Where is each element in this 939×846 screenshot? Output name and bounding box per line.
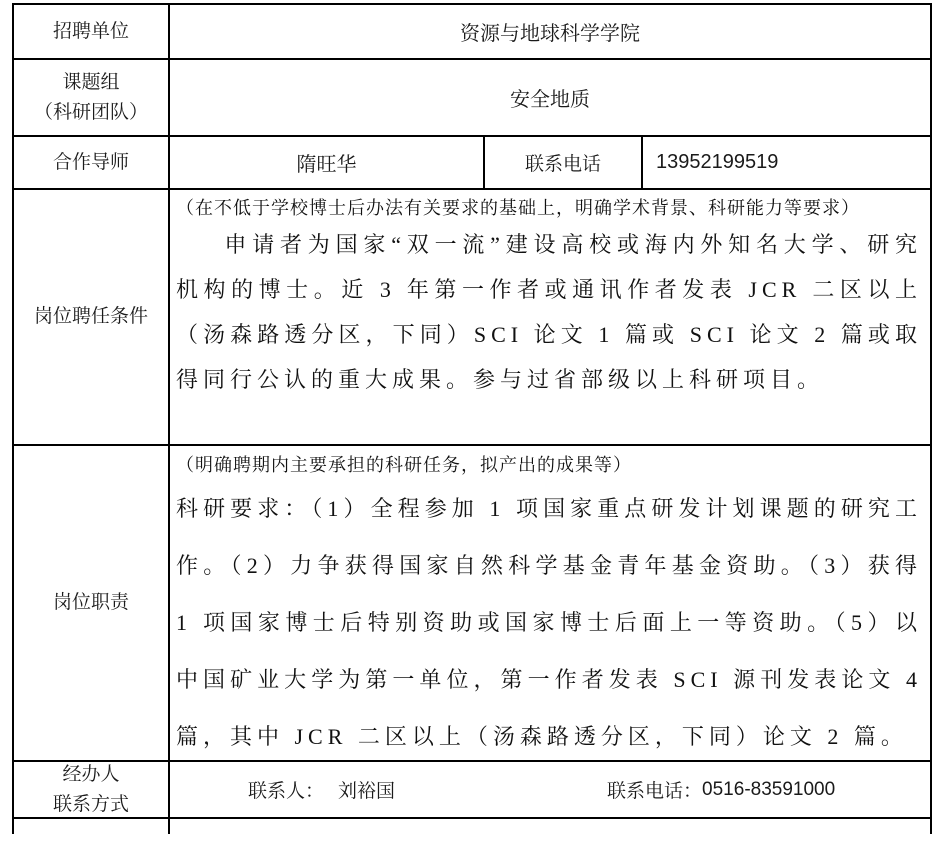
recruitment-form-table: 招聘单位 资源与地球科学学院 课题组 （科研团队） 安全地质 合作导师 隋旺华 …	[12, 3, 932, 834]
row-duties: 岗位职责 （明确聘期内主要承担的科研任务，拟产出的成果等） 科研要求：（1）全程…	[14, 444, 930, 760]
mentor-label: 合作导师	[14, 137, 170, 188]
handler-phone-value: 0516-83591000	[702, 779, 835, 801]
conditions-hint: （在不低于学校博士后办法有关要求的基础上，明确学术背景、科研能力等要求）	[176, 194, 922, 222]
handler-label: 经办人 联系方式	[14, 762, 170, 817]
research-team-value: 安全地质	[170, 60, 930, 135]
handler-phone-label: 联系电话：	[607, 776, 702, 803]
mentor-phone-label: 联系电话	[485, 137, 643, 188]
recruiting-unit-value: 资源与地球科学学院	[170, 5, 930, 58]
duties-body: 科研要求：（1）全程参加 1 项国家重点研发计划课题的研究工作。（2）力争获得国…	[176, 480, 922, 760]
handler-contact-cell: 联系人： 刘裕国 联系电话： 0516-83591000	[170, 762, 930, 817]
next-row-label-cell	[14, 819, 170, 834]
conditions-label: 岗位聘任条件	[14, 190, 170, 444]
next-row-content-cell	[170, 819, 930, 834]
page: 招聘单位 资源与地球科学学院 课题组 （科研团队） 安全地质 合作导师 隋旺华 …	[0, 0, 939, 846]
conditions-body: 申请者为国家“双一流”建设高校或海内外知名大学、研究机构的博士。近 3 年第一作…	[176, 222, 922, 402]
row-next-partial	[14, 817, 930, 834]
row-recruiting-unit: 招聘单位 资源与地球科学学院	[14, 5, 930, 58]
row-research-team: 课题组 （科研团队） 安全地质	[14, 58, 930, 135]
row-handler-contact: 经办人 联系方式 联系人： 刘裕国 联系电话： 0516-83591000	[14, 760, 930, 817]
recruiting-unit-label: 招聘单位	[14, 5, 170, 58]
row-mentor: 合作导师 隋旺华 联系电话 13952199519	[14, 135, 930, 188]
duties-hint: （明确聘期内主要承担的科研任务，拟产出的成果等）	[176, 450, 922, 480]
mentor-name: 隋旺华	[170, 137, 485, 188]
row-conditions: 岗位聘任条件 （在不低于学校博士后办法有关要求的基础上，明确学术背景、科研能力等…	[14, 188, 930, 444]
mentor-phone-value: 13952199519	[643, 137, 930, 188]
duties-content: （明确聘期内主要承担的科研任务，拟产出的成果等） 科研要求：（1）全程参加 1 …	[170, 446, 930, 760]
handler-contact-label: 联系人：	[248, 776, 324, 803]
handler-contact-name: 刘裕国	[338, 776, 395, 803]
research-team-label: 课题组 （科研团队）	[14, 60, 170, 135]
duties-label: 岗位职责	[14, 446, 170, 760]
conditions-content: （在不低于学校博士后办法有关要求的基础上，明确学术背景、科研能力等要求） 申请者…	[170, 190, 930, 444]
